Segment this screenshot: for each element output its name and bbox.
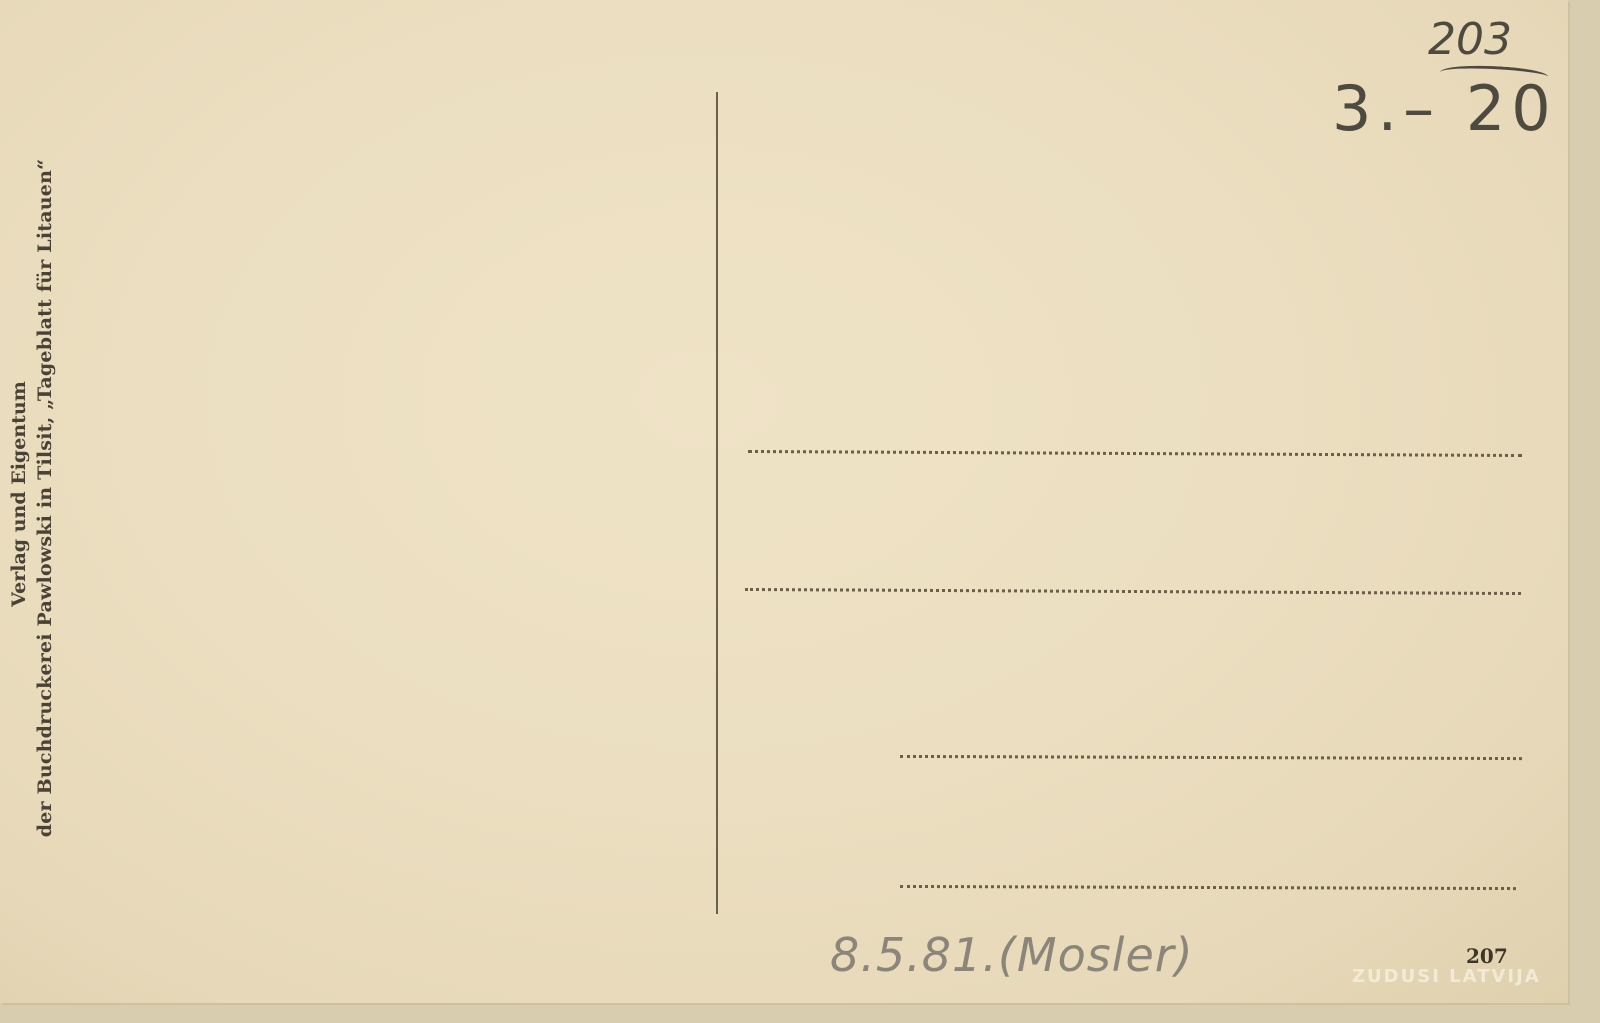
address-line-3 — [900, 755, 1522, 760]
card-number: 207 — [1466, 944, 1508, 968]
handwritten-price: 3.– 20 — [1332, 72, 1557, 145]
postcard-back: Verlag und Eigentum der Buchdruckerei Pa… — [0, 0, 1568, 1003]
message-address-divider — [716, 92, 718, 914]
watermark: ZUDUSI LATVIJA — [1352, 966, 1541, 987]
address-line-1 — [748, 450, 1522, 457]
publisher-line-1: Verlag und Eigentum — [6, 78, 32, 918]
handwritten-catalog-number: 203 — [1428, 14, 1512, 65]
handwritten-date-note: 8.5.81.(Mosler) — [830, 928, 1194, 982]
publisher-line-2: der Buchdruckerei Pawlowski in Tilsit, „… — [32, 78, 58, 918]
address-line-2 — [745, 588, 1521, 595]
address-line-4 — [900, 885, 1516, 890]
publisher-imprint: Verlag und Eigentum der Buchdruckerei Pa… — [6, 78, 58, 918]
